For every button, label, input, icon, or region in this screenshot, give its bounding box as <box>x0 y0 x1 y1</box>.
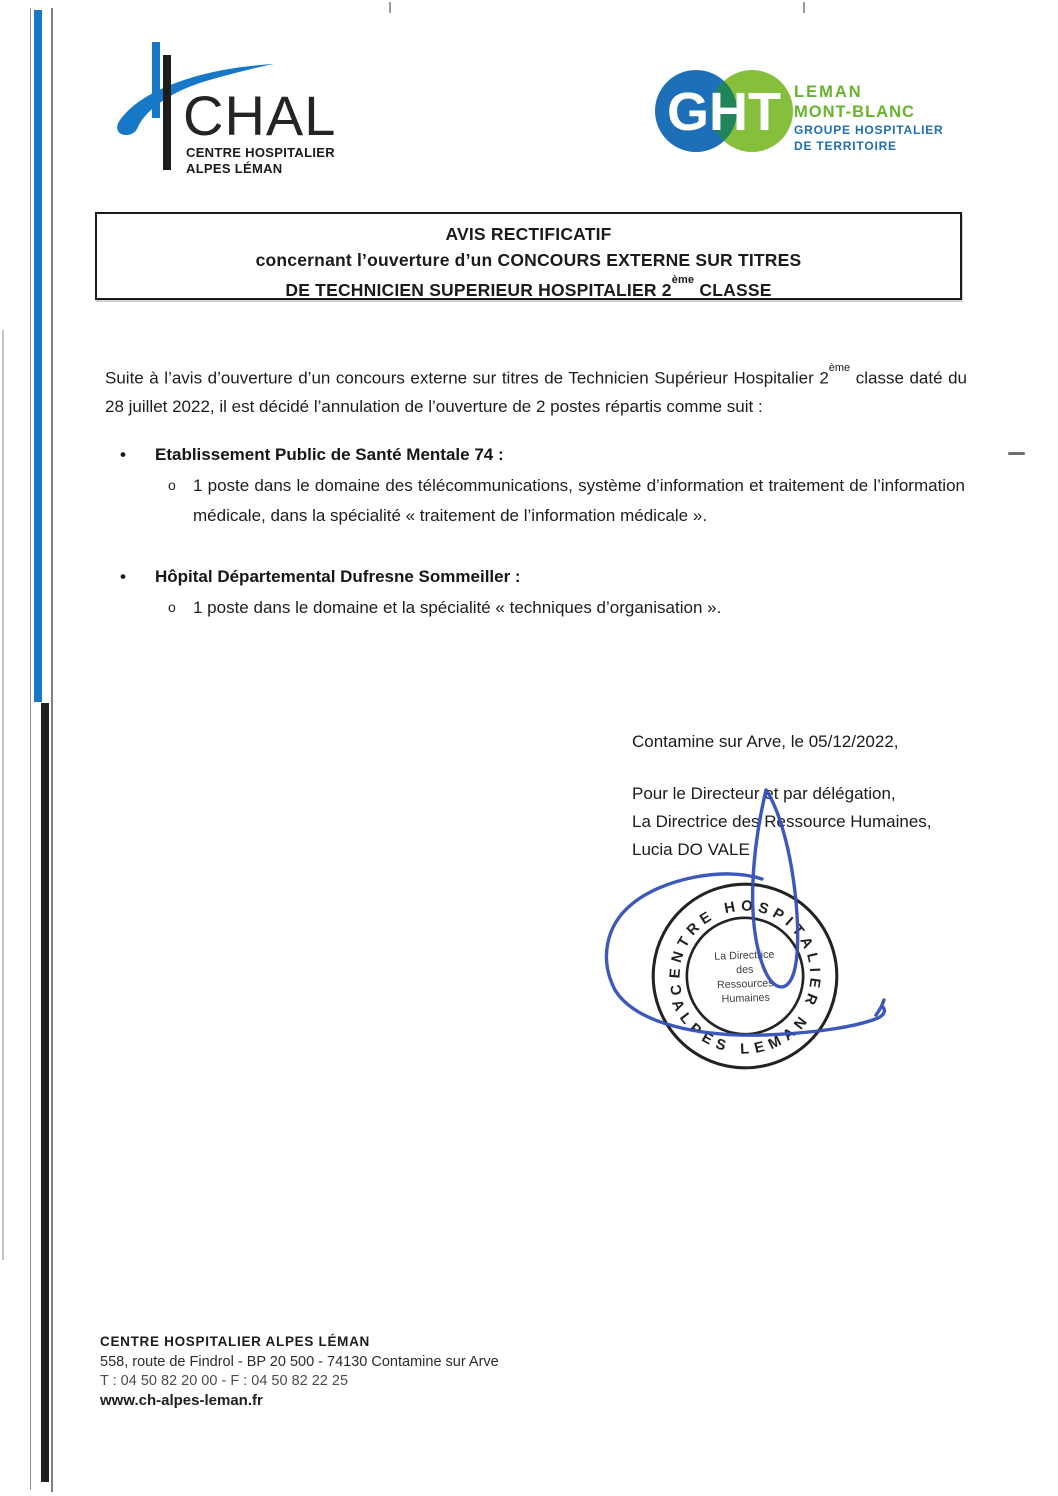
bullet-item-text: 1 poste dans le domaine des télécommunic… <box>193 471 965 530</box>
scan-dash-artifact <box>1008 452 1025 455</box>
bullet-heading: Etablissement Public de Santé Mentale 74… <box>155 441 504 468</box>
ght-group-1: GROUPE HOSPITALIER <box>794 123 944 137</box>
notice-title-box: AVIS RECTIFICATIF concernant l’ouverture… <box>95 212 962 300</box>
chal-bar-black <box>163 55 171 170</box>
bullet-item-text: 1 poste dans le domaine et la spécialité… <box>193 593 965 623</box>
stamp-svg: CENTRE HOSPITALIER ALPES LEMAN La Direct… <box>633 864 857 1088</box>
date-line: Contamine sur Arve, le 05/12/2022, <box>632 728 932 756</box>
title-line3-sup: ème <box>672 274 695 286</box>
hr-stamp-seal: CENTRE HOSPITALIER ALPES LEMAN La Direct… <box>633 864 857 1088</box>
scan-tick-mark <box>803 2 805 13</box>
notice-title-line2: concernant l’ouverture d’un CONCOURS EXT… <box>97 247 960 273</box>
scan-edge-line <box>2 330 4 1260</box>
bullet-icon: • <box>120 441 155 468</box>
ght-region-2: MONT-BLANC <box>794 103 915 121</box>
footer-hospital-name: CENTRE HOSPITALIER ALPES LÉMAN <box>100 1334 499 1349</box>
sub-bullet-icon: o <box>168 593 193 622</box>
footer-website: www.ch-alpes-leman.fr <box>100 1392 499 1409</box>
bullet-section-epsm: • Etablissement Public de Santé Mentale … <box>120 441 965 530</box>
bullet-icon: • <box>120 563 155 590</box>
intro-paragraph: Suite à l’avis d’ouverture d’un concours… <box>105 360 967 421</box>
footer-contact-block: CENTRE HOSPITALIER ALPES LÉMAN 558, rout… <box>100 1334 499 1409</box>
bullet-heading: Hôpital Départemental Dufresne Sommeille… <box>155 563 521 590</box>
ght-group-2: DE TERRITOIRE <box>794 139 897 153</box>
sub-bullet-icon: o <box>168 471 193 500</box>
signature-block: Contamine sur Arve, le 05/12/2022, Pour … <box>632 728 932 864</box>
signature-line2: La Directrice des Ressource Humaines, <box>632 808 932 836</box>
notice-title-line3: DE TECHNICIEN SUPERIEUR HOSPITALIER 2ème… <box>97 273 960 303</box>
notice-title-line1: AVIS RECTIFICATIF <box>97 221 960 247</box>
intro-sup: ème <box>829 362 850 374</box>
signature-line1: Pour le Directeur et par délégation, <box>632 780 932 808</box>
chal-acronym: CHAL <box>183 84 336 147</box>
stamp-inner-line2: des <box>736 964 754 977</box>
document-page: CHAL CENTRE HOSPITALIER ALPES LÉMAN GHT … <box>0 0 1058 1496</box>
chal-subtitle-2: ALPES LÉMAN <box>186 161 282 176</box>
intro-text-before: Suite à l’avis d’ouverture d’un concours… <box>105 369 829 388</box>
margin-bar-blue <box>34 10 42 702</box>
chal-subtitle-1: CENTRE HOSPITALIER <box>186 145 335 160</box>
margin-bar-black <box>41 703 49 1482</box>
title-line3-suffix: CLASSE <box>694 280 771 300</box>
signature-line3: Lucia DO VALE <box>632 836 932 864</box>
margin-line-right <box>51 8 53 1492</box>
footer-address: 558, route de Findrol - BP 20 500 - 7413… <box>100 1354 499 1370</box>
title-line3-prefix: DE TECHNICIEN SUPERIEUR HOSPITALIER 2 <box>285 280 671 300</box>
scan-tick-mark <box>389 2 391 13</box>
stamp-inner-line4: Humaines <box>721 992 770 1006</box>
ght-region-1: LEMAN <box>794 83 863 101</box>
ght-logo: GHT LEMAN MONT-BLANC GROUPE HOSPITALIER … <box>652 66 952 166</box>
stamp-inner-line3: Ressources <box>717 977 774 991</box>
chal-logo: CHAL CENTRE HOSPITALIER ALPES LÉMAN <box>106 42 356 187</box>
bullet-section-hopital: • Hôpital Départemental Dufresne Sommeil… <box>120 563 965 623</box>
margin-line-left <box>30 8 31 1490</box>
signature-stroke-tick <box>876 1000 884 1015</box>
stamp-inner-line1: La Directrice <box>714 949 775 963</box>
chal-bar-blue <box>152 42 160 118</box>
ght-acronym: GHT <box>667 82 781 142</box>
footer-phone-fax: T : 04 50 82 20 00 - F : 04 50 82 22 25 <box>100 1373 499 1389</box>
